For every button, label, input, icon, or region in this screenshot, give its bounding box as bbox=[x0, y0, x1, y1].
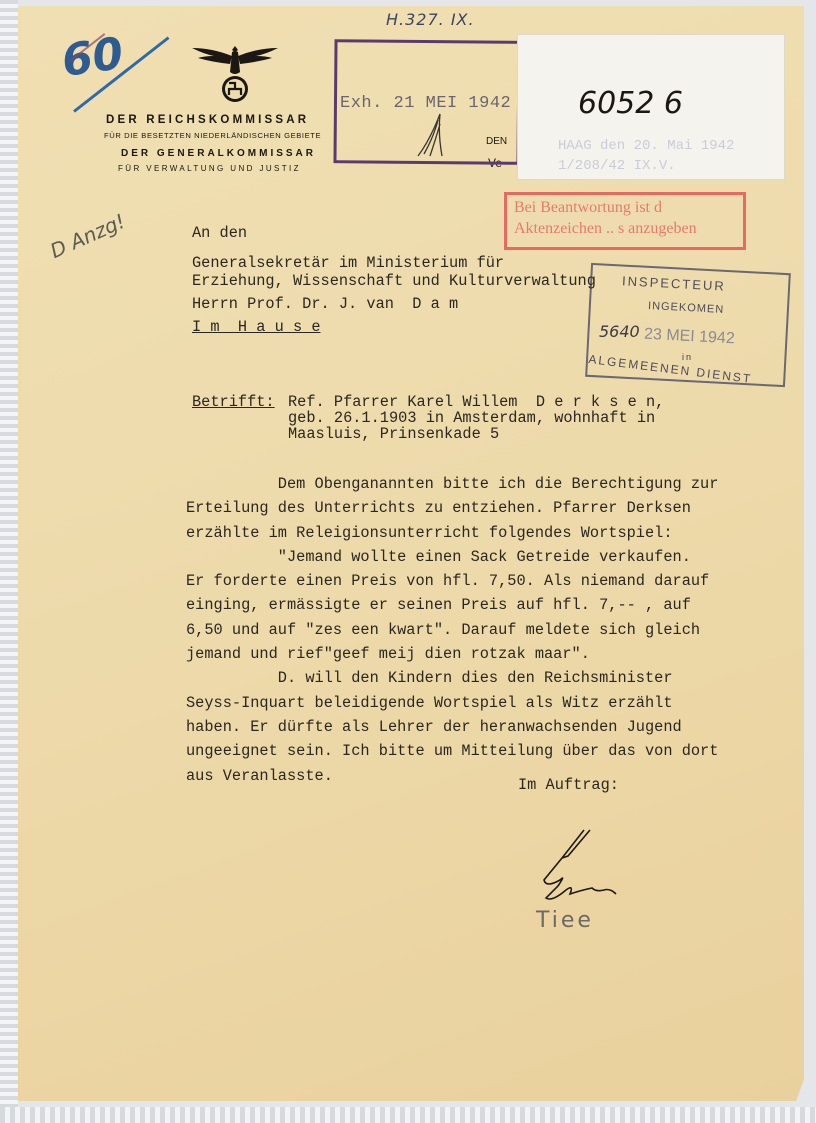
body-line: D. will den Kindern dies den Reichsminis… bbox=[186, 666, 718, 690]
signature-icon bbox=[532, 828, 632, 908]
recipient-line-1: Generalsekretär im Ministerium für bbox=[192, 254, 504, 272]
closing-text: Im Auftrag: bbox=[518, 776, 619, 794]
sleeve-edge-bottom bbox=[0, 1107, 816, 1123]
body-line: aus Veranlasste. bbox=[186, 764, 718, 788]
body-line: haben. Er dürfte als Lehrer der heranwac… bbox=[186, 715, 718, 739]
initial-tick-icon bbox=[416, 110, 450, 158]
show-through-text-2: 1/208/42 IX.V. bbox=[558, 158, 676, 174]
letter-body: Dem Obenganannten bitte ich die Berechti… bbox=[186, 472, 718, 788]
recipient-line-2: Erziehung, Wissenschaft und Kulturverwal… bbox=[192, 272, 596, 290]
body-line: erzählte im Releigionsunterricht folgend… bbox=[186, 521, 718, 545]
recipient-salutation: An den bbox=[192, 224, 247, 242]
inspecteur-stamp-in: in bbox=[682, 352, 693, 362]
subject-line-3: Maasluis, Prinsenkade 5 bbox=[288, 425, 499, 443]
signatory-name: Tiee bbox=[536, 908, 594, 933]
letterhead-subtitle-2: FÜR VERWALTUNG UND JUSTIZ bbox=[118, 164, 301, 173]
handwritten-file-number: 6052 6 bbox=[578, 86, 683, 121]
show-through-text-1: HAAG den 20. Mai 1942 bbox=[558, 138, 734, 154]
body-line: Erteilung des Unterrichts zu entziehen. … bbox=[186, 496, 718, 520]
subject-label: Betrifft: bbox=[192, 393, 275, 411]
body-line: "Jemand wollte einen Sack Getreide verka… bbox=[186, 545, 718, 569]
body-line: Seyss-Inquart beleidigende Wortspiel als… bbox=[186, 691, 718, 715]
letterhead-subtitle: FÜR DIE BESETZTEN NIEDERLÄNDISCHEN GEBIE… bbox=[104, 131, 321, 140]
eagle-emblem-icon bbox=[190, 42, 280, 106]
recipient-line-3: Herrn Prof. Dr. J. van D a m bbox=[192, 295, 458, 313]
document-page: H.327. IX. 60 D Anzg! DER REICHSKOMMISSA… bbox=[18, 6, 804, 1101]
body-line: Dem Obenganannten bitte ich die Berechti… bbox=[186, 472, 718, 496]
pencil-marginal-note: D Anzg! bbox=[47, 209, 129, 263]
letterhead-title-2: DER GENERALKOMMISSAR bbox=[121, 148, 316, 159]
body-line: 6,50 und auf "zes een kwart". Darauf mel… bbox=[186, 618, 718, 642]
body-line: jemand und rief"geef meij dien rotzak ma… bbox=[186, 642, 718, 666]
body-line: Er forderte einen Preis von hfl. 7,50. A… bbox=[186, 569, 718, 593]
archive-reference: H.327. IX. bbox=[386, 10, 475, 29]
body-line: ungeeignet sein. Ich bitte um Mitteilung… bbox=[186, 739, 718, 763]
reply-notice-line-1: Bei Beantwortung ist d bbox=[514, 199, 662, 217]
reply-notice-line-2: Aktenzeichen .. s anzugeben bbox=[514, 220, 697, 238]
letterhead-title: DER REICHSKOMMISSAR bbox=[106, 114, 309, 126]
recipient-line-4: I m H a u s e bbox=[192, 318, 321, 336]
body-line: einging, ermässigte er seinen Preis auf … bbox=[186, 593, 718, 617]
sleeve-edge-left bbox=[0, 0, 18, 1123]
inspecteur-handwritten-number: 5640 bbox=[599, 322, 640, 341]
